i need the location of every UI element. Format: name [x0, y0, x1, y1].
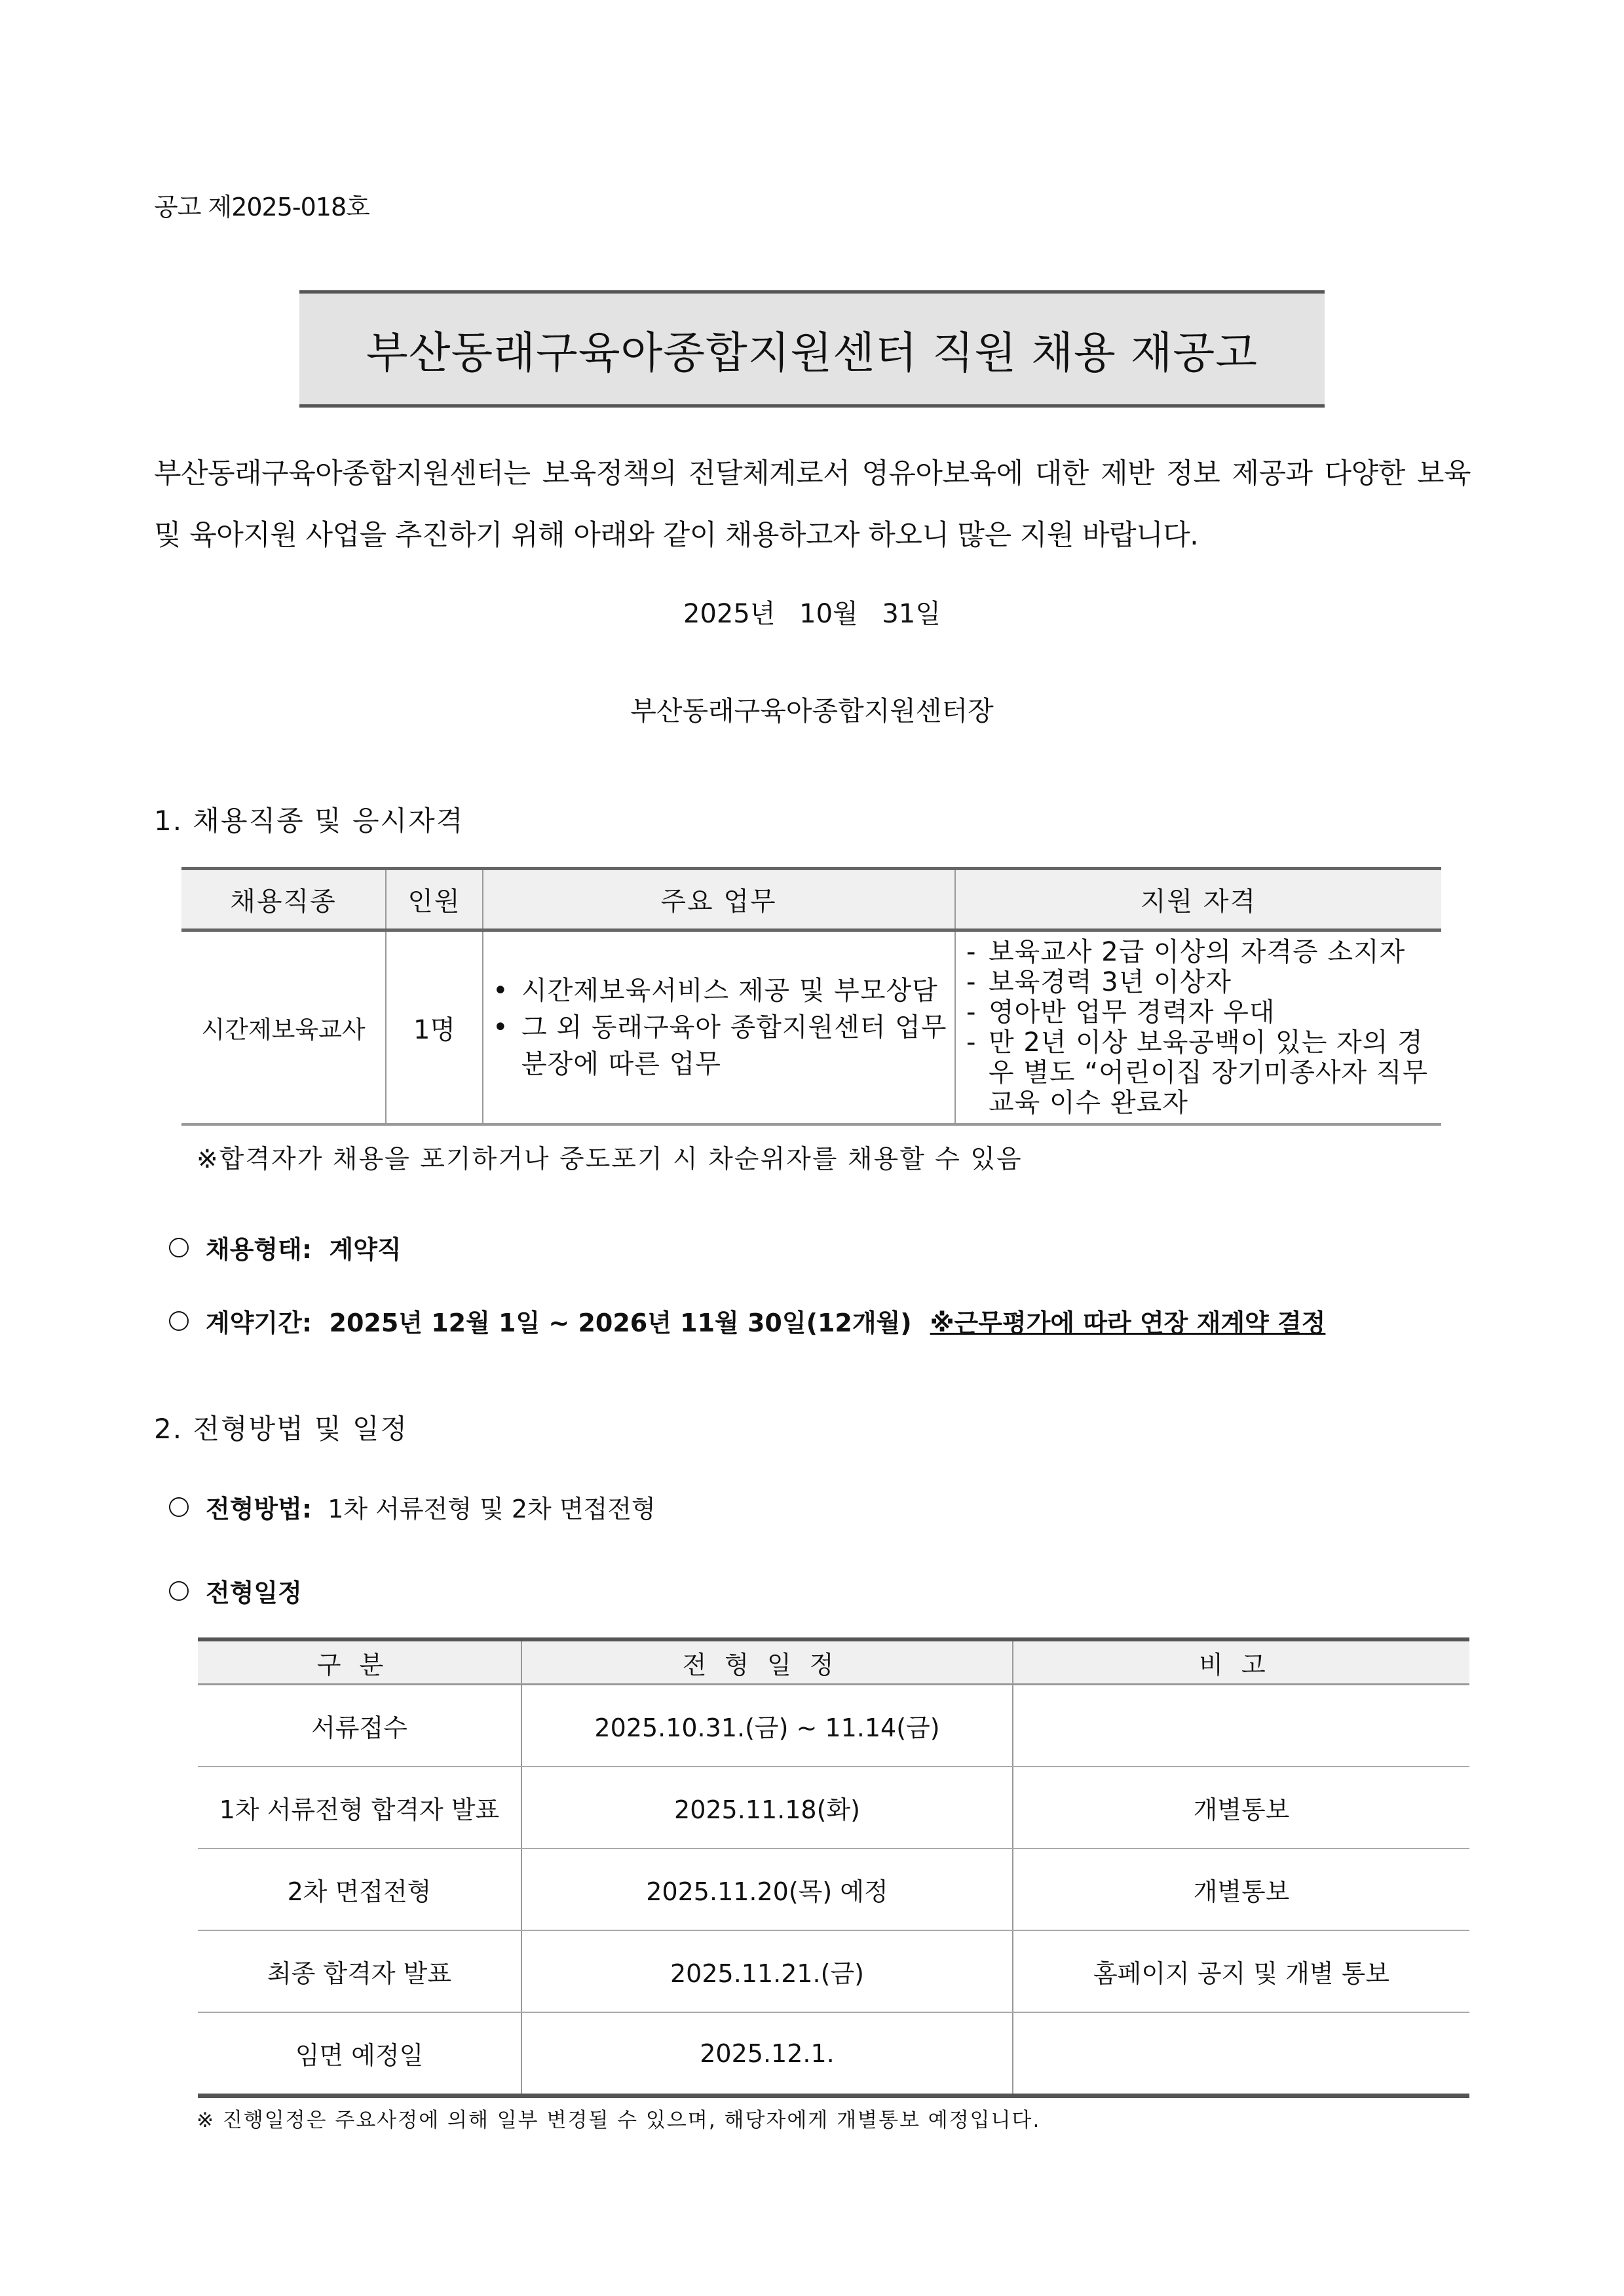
- date-cell: 2025.11.21.(금): [521, 1930, 1013, 2012]
- stage-cell: 임면 예정일: [198, 2012, 521, 2096]
- page-title: 부산동래구육아종합지원센터 직원 채용 재공고: [366, 318, 1258, 380]
- dash-icon: -: [966, 1027, 989, 1118]
- replacement-note: ※합격자가 채용을 포기하거나 중도포기 시 차순위자를 채용할 수 있음: [197, 1139, 1023, 1176]
- date-cell: 2025.11.18(화): [521, 1767, 1013, 1848]
- employment-type-value: 계약직: [330, 1229, 402, 1265]
- selection-method-value: 1차 서류전형 및 2차 면접전형: [328, 1489, 655, 1525]
- position-table: 채용직종 인원 주요 업무 지원 자격 시간제보육교사 1명 •시간제보육서비스…: [181, 867, 1441, 1126]
- selection-method: 전형방법: 1차 서류전형 및 2차 면접전형: [169, 1489, 656, 1525]
- table-header-row: 구분 전형일정 비고: [198, 1639, 1469, 1685]
- table-row: 2차 면접전형 2025.11.20(목) 예정 개별통보: [198, 1848, 1469, 1930]
- circle-bullet-icon: [169, 1497, 189, 1517]
- remark-cell: [1013, 1685, 1469, 1767]
- position-cell: 시간제보육교사: [181, 930, 386, 1125]
- contract-period-label: 계약기간:: [206, 1303, 312, 1339]
- duty-item: •시간제보육서비스 제공 및 부모상담: [493, 972, 954, 1009]
- table-row: 임면 예정일 2025.12.1.: [198, 2012, 1469, 2096]
- header-headcount: 인원: [386, 869, 483, 930]
- intro-paragraph: 부산동래구육아종합지원센터는 보육정책의 전달체계로서 영유아보육에 대한 제반…: [154, 443, 1471, 566]
- selection-method-label: 전형방법:: [206, 1489, 312, 1525]
- header-remark: 비고: [1013, 1639, 1469, 1685]
- remark-cell: 개별통보: [1013, 1767, 1469, 1848]
- notice-number: 공고 제2025-018호: [154, 187, 369, 223]
- table-row: 최종 합격자 발표 2025.11.21.(금) 홈페이지 공지 및 개별 통보: [198, 1930, 1469, 2012]
- schedule-table: 구분 전형일정 비고 서류접수 2025.10.31.(금) ~ 11.14(금…: [198, 1637, 1469, 2098]
- issuer: 부산동래구육아종합지원센터장: [0, 689, 1624, 728]
- qualification-item: -보육경력 3년 이상자: [966, 967, 1441, 997]
- table-header-row: 채용직종 인원 주요 업무 지원 자격: [181, 869, 1441, 930]
- circle-bullet-icon: [169, 1581, 189, 1601]
- date-cell: 2025.11.20(목) 예정: [521, 1848, 1013, 1930]
- date-cell: 2025.12.1.: [521, 2012, 1013, 2096]
- remark-cell: 홈페이지 공지 및 개별 통보: [1013, 1930, 1469, 2012]
- stage-cell: 2차 면접전형: [198, 1848, 521, 1930]
- schedule-label: 전형일정: [206, 1573, 302, 1609]
- date-cell: 2025.10.31.(금) ~ 11.14(금): [521, 1685, 1013, 1767]
- remark-cell: 개별통보: [1013, 1848, 1469, 1930]
- circle-bullet-icon: [169, 1311, 189, 1331]
- employment-type: 채용형태: 계약직: [169, 1229, 402, 1265]
- announcement-date: 2025년 10월 31일: [0, 593, 1624, 630]
- header-position: 채용직종: [181, 869, 386, 930]
- remark-cell: [1013, 2012, 1469, 2096]
- header-duties: 주요 업무: [483, 869, 955, 930]
- header-qualifications: 지원 자격: [955, 869, 1441, 930]
- duty-item: •그 외 동래구육아 종합지원센터 업무 분장에 따른 업무: [493, 1009, 954, 1082]
- stage-cell: 최종 합격자 발표: [198, 1930, 521, 2012]
- header-date: 전형일정: [521, 1639, 1013, 1685]
- section-1-title: 1. 채용직종 및 응시자격: [154, 799, 464, 839]
- employment-type-label: 채용형태:: [206, 1229, 312, 1265]
- stage-cell: 서류접수: [198, 1685, 521, 1767]
- qualification-item: -영아반 업무 경력자 우대: [966, 997, 1441, 1027]
- section-2-title: 2. 전형방법 및 일정: [154, 1407, 408, 1447]
- dash-icon: -: [966, 967, 989, 997]
- qualifications-cell: -보육교사 2급 이상의 자격증 소지자 -보육경력 3년 이상자 -영아반 업…: [955, 930, 1441, 1125]
- title-box: 부산동래구육아종합지원센터 직원 채용 재공고: [299, 290, 1325, 408]
- duties-cell: •시간제보육서비스 제공 및 부모상담 •그 외 동래구육아 종합지원센터 업무…: [483, 930, 955, 1125]
- stage-cell: 1차 서류전형 합격자 발표: [198, 1767, 521, 1848]
- bullet-icon: •: [493, 1009, 521, 1082]
- table-row: 1차 서류전형 합격자 발표 2025.11.18(화) 개별통보: [198, 1767, 1469, 1848]
- circle-bullet-icon: [169, 1238, 189, 1257]
- contract-period: 계약기간: 2025년 12월 1일 ~ 2026년 11월 30일(12개월)…: [169, 1303, 1325, 1339]
- dash-icon: -: [966, 997, 989, 1027]
- headcount-cell: 1명: [386, 930, 483, 1125]
- schedule-heading: 전형일정: [169, 1573, 302, 1609]
- schedule-change-note: ※ 진행일정은 주요사정에 의해 일부 변경될 수 있으며, 해당자에게 개별통…: [197, 2103, 1040, 2133]
- table-row: 서류접수 2025.10.31.(금) ~ 11.14(금): [198, 1685, 1469, 1767]
- dash-icon: -: [966, 937, 989, 967]
- bullet-icon: •: [493, 972, 521, 1009]
- qualification-item: -만 2년 이상 보육공백이 있는 자의 경우 별도 “어린이집 장기미종사자 …: [966, 1027, 1441, 1118]
- table-row: 시간제보육교사 1명 •시간제보육서비스 제공 및 부모상담 •그 외 동래구육…: [181, 930, 1441, 1125]
- contract-period-value: 2025년 12월 1일 ~ 2026년 11월 30일(12개월): [330, 1303, 912, 1339]
- qualification-item: -보육교사 2급 이상의 자격증 소지자: [966, 937, 1441, 967]
- contract-renewal-note: ※근무평가에 따라 연장 재계약 결정: [930, 1303, 1326, 1339]
- header-stage: 구분: [198, 1639, 521, 1685]
